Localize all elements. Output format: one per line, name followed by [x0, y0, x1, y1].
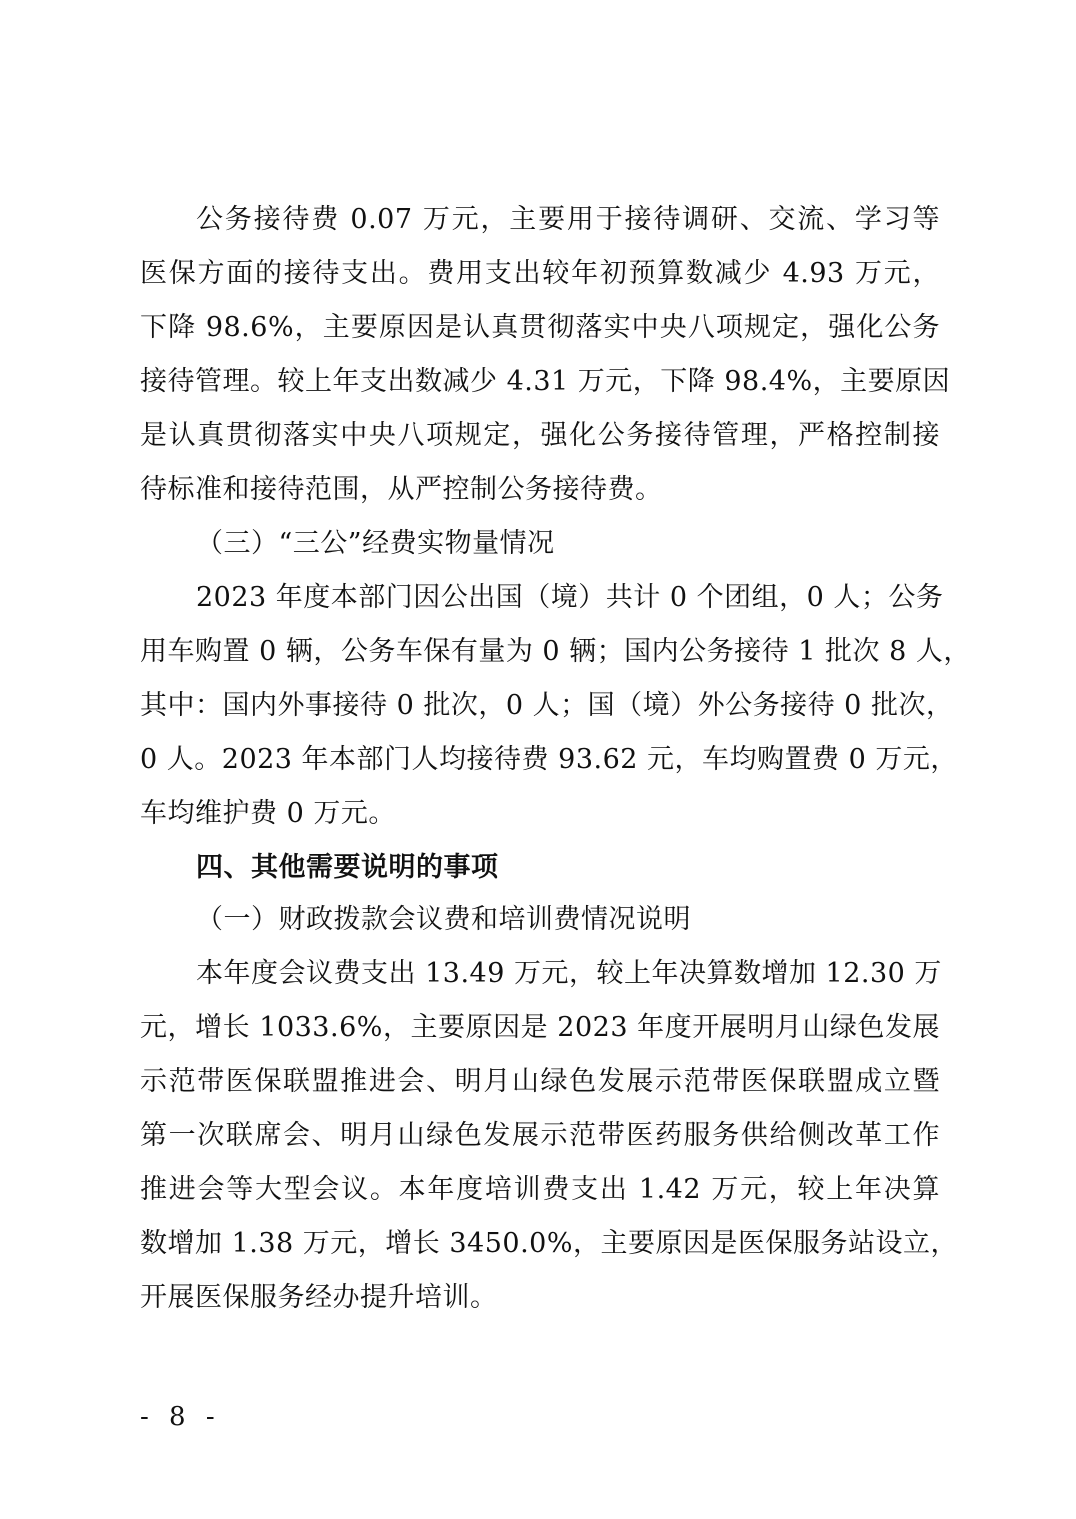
page-number: - 8 -	[140, 1402, 221, 1432]
paragraph-line: 下降 98.6%，主要原因是认真贯彻落实中央八项规定，强化公务	[140, 311, 940, 345]
paragraph-line: 是认真贯彻落实中央八项规定，强化公务接待管理，严格控制接	[140, 419, 940, 453]
paragraph-line: 第一次联席会、明月山绿色发展示范带医药服务供给侧改革工作	[140, 1119, 940, 1153]
paragraph-line: 用车购置 0 辆，公务车保有量为 0 辆；国内公务接待 1 批次 8 人，	[140, 635, 940, 669]
paragraph-line: 医保方面的接待支出。费用支出较年初预算数减少 4.93 万元，	[140, 257, 940, 291]
paragraph-line: 示范带医保联盟推进会、明月山绿色发展示范带医保联盟成立暨	[140, 1065, 940, 1099]
paragraph-line: 本年度会议费支出 13.49 万元，较上年决算数增加 12.30 万	[196, 957, 940, 991]
paragraph-line: 接待管理。较上年支出数减少 4.31 万元，下降 98.4%，主要原因	[140, 365, 940, 399]
paragraph-line: 0 人。2023 年本部门人均接待费 93.62 元，车均购置费 0 万元，	[140, 743, 940, 777]
subheading-three-public-physical: （三）“三公”经费实物量情况	[196, 527, 940, 561]
paragraph-line: 推进会等大型会议。本年度培训费支出 1.42 万元，较上年决算	[140, 1173, 940, 1207]
document-page: 公务接待费 0.07 万元，主要用于接待调研、交流、学习等 医保方面的接待支出。…	[0, 0, 1076, 1519]
paragraph-line: 车均维护费 0 万元。	[140, 797, 940, 831]
paragraph-line: 数增加 1.38 万元，增长 3450.0%，主要原因是医保服务站设立，	[140, 1227, 940, 1261]
paragraph-line: 其中：国内外事接待 0 批次，0 人；国（境）外公务接待 0 批次，	[140, 689, 940, 723]
paragraph-line: 元，增长 1033.6%，主要原因是 2023 年度开展明月山绿色发展	[140, 1011, 940, 1045]
paragraph-line: 2023 年度本部门因公出国（境）共计 0 个团组，0 人；公务	[196, 581, 940, 615]
paragraph-line: 公务接待费 0.07 万元，主要用于接待调研、交流、学习等	[196, 203, 940, 237]
paragraph-line: 待标准和接待范围，从严控制公务接待费。	[140, 473, 940, 507]
subheading-meeting-training: （一）财政拨款会议费和培训费情况说明	[196, 903, 940, 937]
paragraph-line: 开展医保服务经办提升培训。	[140, 1281, 940, 1315]
section-heading-other-matters: 四、其他需要说明的事项	[196, 851, 940, 885]
